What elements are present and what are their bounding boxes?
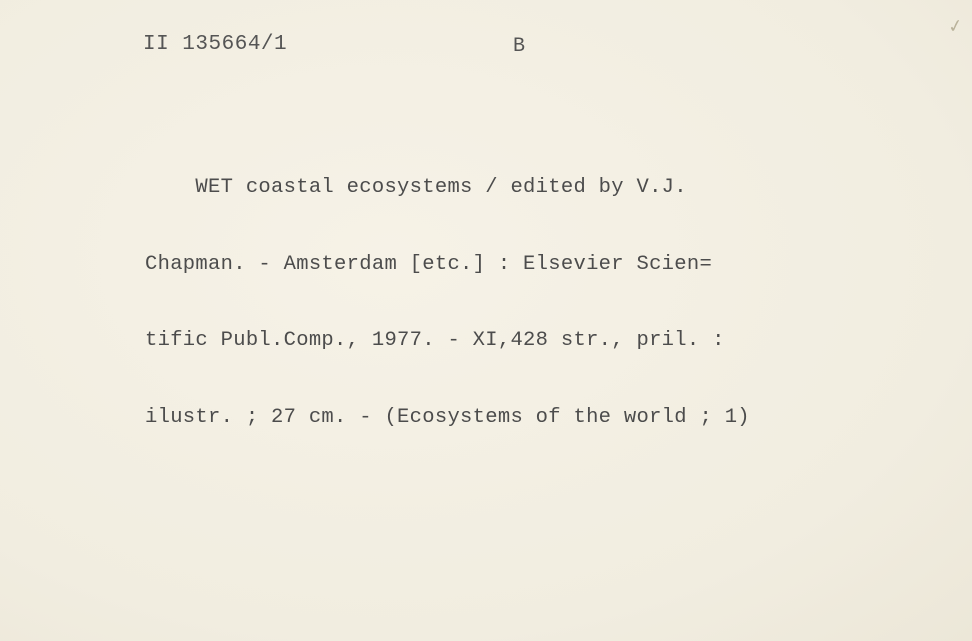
location-code: B [513,35,525,58]
call-number: II 135664/1 [143,33,287,56]
entry-line: tific Publ.Comp., 1977. - XI,428 str., p… [145,328,750,354]
catalog-card: II 135664/1 B ✓ WET coastal ecosystems /… [0,0,972,641]
entry-line: Chapman. - Amsterdam [etc.] : Elsevier S… [145,252,750,278]
entry-line: ilustr. ; 27 cm. - (Ecosystems of the wo… [145,405,750,431]
entry-line: WET coastal ecosystems / edited by V.J. [145,175,750,201]
bibliographic-entry: WET coastal ecosystems / edited by V.J. … [145,124,750,481]
check-mark-icon: ✓ [946,15,965,38]
